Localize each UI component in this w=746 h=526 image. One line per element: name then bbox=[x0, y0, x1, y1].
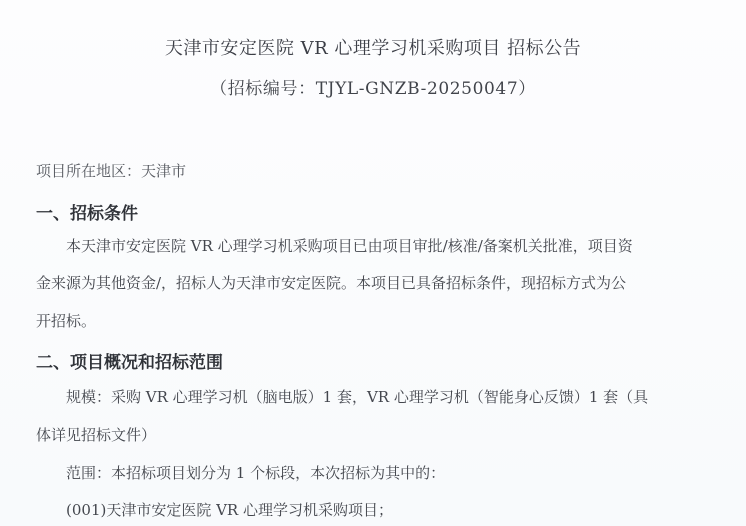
scale-line-1: 规模：采购 VR 心理学习机（脑电版）1 套，VR 心理学习机（智能身心反馈）1… bbox=[66, 386, 648, 407]
project-region-value: 天津市 bbox=[141, 162, 186, 180]
scope-line: 范围：本招标项目划分为 1 个标段，本次招标为其中的： bbox=[66, 462, 445, 483]
tender-conditions-line-1: 本天津市安定医院 VR 心理学习机采购项目已由项目审批/核准/备案机关批准，项目… bbox=[66, 235, 633, 256]
document-page: 天津市安定医院 VR 心理学习机采购项目 招标公告 （招标编号：TJYL-GNZ… bbox=[0, 0, 746, 526]
project-region: 项目所在地区：天津市 bbox=[36, 160, 186, 181]
tender-number: （招标编号：TJYL-GNZB-20250047） bbox=[0, 74, 746, 99]
project-region-label: 项目所在地区： bbox=[36, 162, 141, 180]
scale-line-2: 体详见招标文件） bbox=[36, 424, 156, 445]
section-heading-tender-conditions: 一、招标条件 bbox=[36, 199, 138, 224]
tender-conditions-line-2: 金来源为其他资金/，招标人为天津市安定医院。本项目已具备招标条件，现招标方式为公 bbox=[36, 272, 626, 293]
section-heading-project-overview: 二、项目概况和招标范围 bbox=[36, 348, 223, 373]
tender-conditions-line-3: 开招标。 bbox=[36, 310, 96, 331]
document-title: 天津市安定医院 VR 心理学习机采购项目 招标公告 bbox=[0, 34, 746, 60]
lot-line: (001)天津市安定医院 VR 心理学习机采购项目； bbox=[66, 499, 393, 520]
